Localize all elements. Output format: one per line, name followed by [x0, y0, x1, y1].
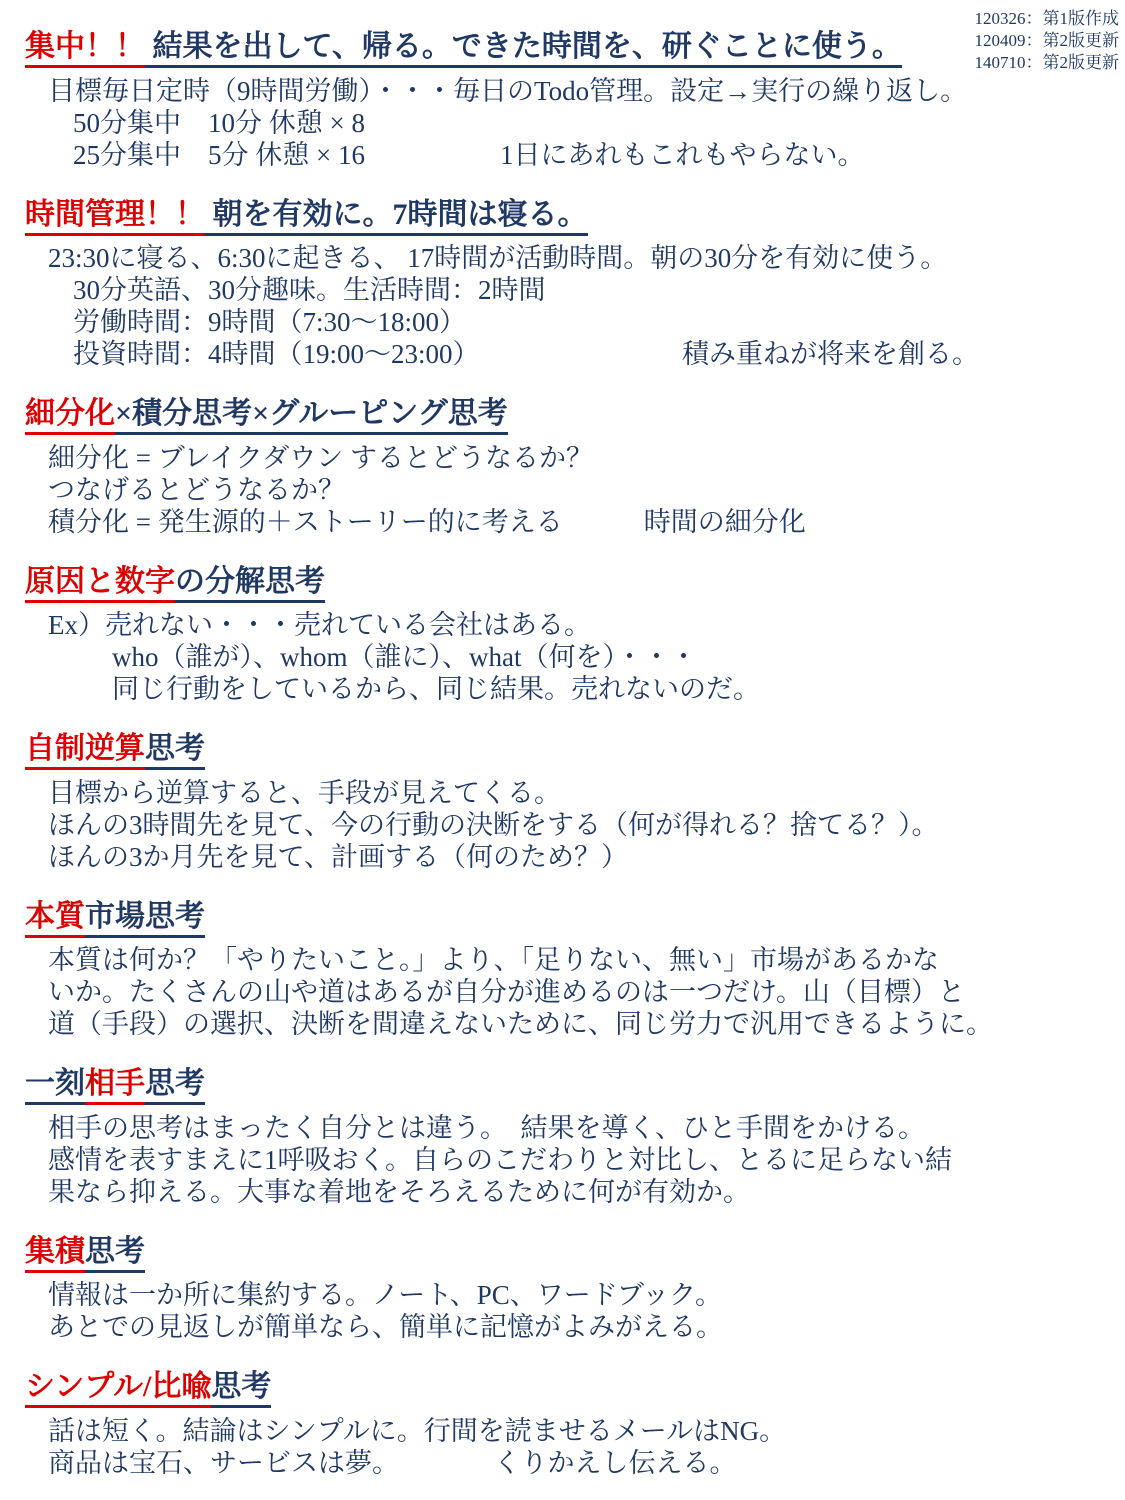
heading-segment-red: 時間管理！！ — [25, 198, 205, 236]
body-line: 相手の思考はまったく自分とは違う。 結果を導く、ひと手間をかける。 — [48, 1112, 1115, 1144]
section-cause-numbers: 原因と数字の分解思考 Ex）売れない・・・売れている会社はある。 who（誰が）… — [25, 565, 1115, 706]
heading-segment-red: 相手 — [85, 1067, 145, 1105]
body-line: who（誰が）、whom（誰に）、what（何を）・・・ — [112, 641, 1115, 673]
section-subdivision: 細分化×積分思考×グルーピング思考 細分化 = ブレイクダウン するとどうなるか… — [25, 397, 1115, 538]
body-line: つなげるとどうなるか？ — [48, 474, 1115, 506]
heading-segment-red: 集中！！ — [25, 30, 145, 68]
heading-segment-navy: 思考 — [211, 1370, 271, 1408]
heading-segment-navy: 市場思考 — [85, 900, 205, 938]
body-line: 情報は一か所に集約する。ノート、PC、ワードブック。 — [48, 1279, 1115, 1311]
body-line: 細分化 = ブレイクダウン するとどうなるか？ — [48, 442, 1115, 474]
heading-segment-red: シンプル/比喩 — [25, 1370, 211, 1408]
body-line: 25分集中 5分 休憩 × 16 1日にあれもこれもやらない。 — [73, 139, 1115, 171]
body-line: 23:30に寝る、6:30に起きる、 17時間が活動時間。朝の30分を有効に使う… — [48, 242, 1115, 274]
section-focus: 集中！！ 結果を出して、帰る。できた時間を、研ぐことに使う。 目標毎日定時（9時… — [25, 30, 1115, 171]
body-line: あとでの見返しが簡単なら、簡単に記憶がよみがえる。 — [48, 1311, 1115, 1343]
body-line: いか。たくさんの山や道はあるが自分が進めるのは一つだけ。山（目標）と — [48, 976, 1115, 1008]
body-line: Ex）売れない・・・売れている会社はある。 — [48, 609, 1115, 641]
heading-segment-navy: 一刻 — [25, 1067, 85, 1105]
version-note-line: 140710：第2版更新 — [975, 52, 1120, 74]
heading-segment-red: 細分化 — [25, 397, 115, 435]
body-line: 話は短く。結論はシンプルに。行間を読ませるメールはNG。 — [48, 1415, 1115, 1447]
heading-segment-red: 集積 — [25, 1235, 85, 1273]
section-heading: 本質市場思考 — [25, 900, 1115, 935]
heading-segment-navy: 思考 — [145, 1067, 205, 1105]
section-heading: シンプル/比喩思考 — [25, 1370, 1115, 1405]
section-heading: 原因と数字の分解思考 — [25, 565, 1115, 600]
heading-segment-red: 原因と数字 — [25, 565, 175, 603]
heading-segment-red: 本質 — [25, 900, 85, 938]
section-heading: 集中！！ 結果を出して、帰る。できた時間を、研ぐことに使う。 — [25, 30, 1115, 65]
body-line: 労働時間：9時間（7:30〜18:00） — [73, 306, 1115, 338]
section-accumulation: 集積思考 情報は一か所に集約する。ノート、PC、ワードブック。 あとでの見返しが… — [25, 1235, 1115, 1344]
body-line: 目標毎日定時（9時間労働）・・・毎日のTodo管理。設定→実行の繰り返し。 — [48, 75, 1115, 107]
section-heading: 細分化×積分思考×グルーピング思考 — [25, 397, 1115, 432]
body-line: ほんの3か月先を見て、計画する（何のため？） — [48, 841, 1115, 873]
heading-segment-navy: ×積分思考×グルーピング思考 — [115, 397, 508, 435]
heading-segment-red: 自制逆算 — [25, 732, 145, 770]
section-essence-market: 本質市場思考 本質は何か？「やりたいこと。」より、「足りない、無い」市場があるか… — [25, 900, 1115, 1041]
document-page: 120326：第1版作成 120409：第2版更新 140710：第2版更新 集… — [0, 0, 1125, 1500]
section-heading: 自制逆算思考 — [25, 732, 1115, 767]
body-line: 商品は宝石、サービスは夢。 くりかえし伝える。 — [48, 1447, 1115, 1479]
body-line: 道（手段）の選択、決断を間違えないために、同じ労力で汎用できるように。 — [48, 1008, 1115, 1040]
body-line: 30分英語、30分趣味。生活時間：2時間 — [73, 274, 1115, 306]
body-line: 本質は何か？「やりたいこと。」より、「足りない、無い」市場があるかな — [48, 944, 1115, 976]
heading-segment-navy: 思考 — [85, 1235, 145, 1273]
body-line: 50分集中 10分 休憩 × 8 — [73, 107, 1115, 139]
section-simple-metaphor: シンプル/比喩思考 話は短く。結論はシンプルに。行間を読ませるメールはNG。 商… — [25, 1370, 1115, 1479]
heading-segment-navy: の分解思考 — [175, 565, 325, 603]
section-heading: 時間管理！！ 朝を有効に。7時間は寝る。 — [25, 198, 1115, 233]
body-line: ほんの3時間先を見て、今の行動の決断をする（何が得れる？捨てる？）。 — [48, 809, 1115, 841]
heading-segment-navy: 思考 — [145, 732, 205, 770]
section-heading: 集積思考 — [25, 1235, 1115, 1270]
version-note-line: 120326：第1版作成 — [975, 8, 1120, 30]
body-line: 投資時間：4時間（19:00〜23:00） 積み重ねが将来を創る。 — [73, 338, 1115, 370]
body-line: 感情を表すまえに1呼吸おく。自らのこだわりと対比し、とるに足らない結 — [48, 1144, 1115, 1176]
body-line: 目標から逆算すると、手段が見えてくる。 — [48, 777, 1115, 809]
section-moment-partner: 一刻相手思考 相手の思考はまったく自分とは違う。 結果を導く、ひと手間をかける。… — [25, 1067, 1115, 1208]
section-heading: 一刻相手思考 — [25, 1067, 1115, 1102]
body-line: 積分化 = 発生源的＋ストーリー的に考える 時間の細分化 — [48, 506, 1115, 538]
section-self-restraint-backcast: 自制逆算思考 目標から逆算すると、手段が見えてくる。 ほんの3時間先を見て、今の… — [25, 732, 1115, 873]
section-time-management: 時間管理！！ 朝を有効に。7時間は寝る。 23:30に寝る、6:30に起きる、 … — [25, 198, 1115, 371]
heading-segment-navy: 朝を有効に。7時間は寝る。 — [205, 198, 588, 236]
body-line: 同じ行動をしているから、同じ結果。売れないのだ。 — [112, 673, 1115, 705]
version-notes: 120326：第1版作成 120409：第2版更新 140710：第2版更新 — [975, 8, 1120, 74]
body-line: 果なら抑える。大事な着地をそろえるために何が有効か。 — [48, 1176, 1115, 1208]
heading-segment-navy: 結果を出して、帰る。できた時間を、研ぐことに使う。 — [145, 30, 902, 68]
version-note-line: 120409：第2版更新 — [975, 30, 1120, 52]
